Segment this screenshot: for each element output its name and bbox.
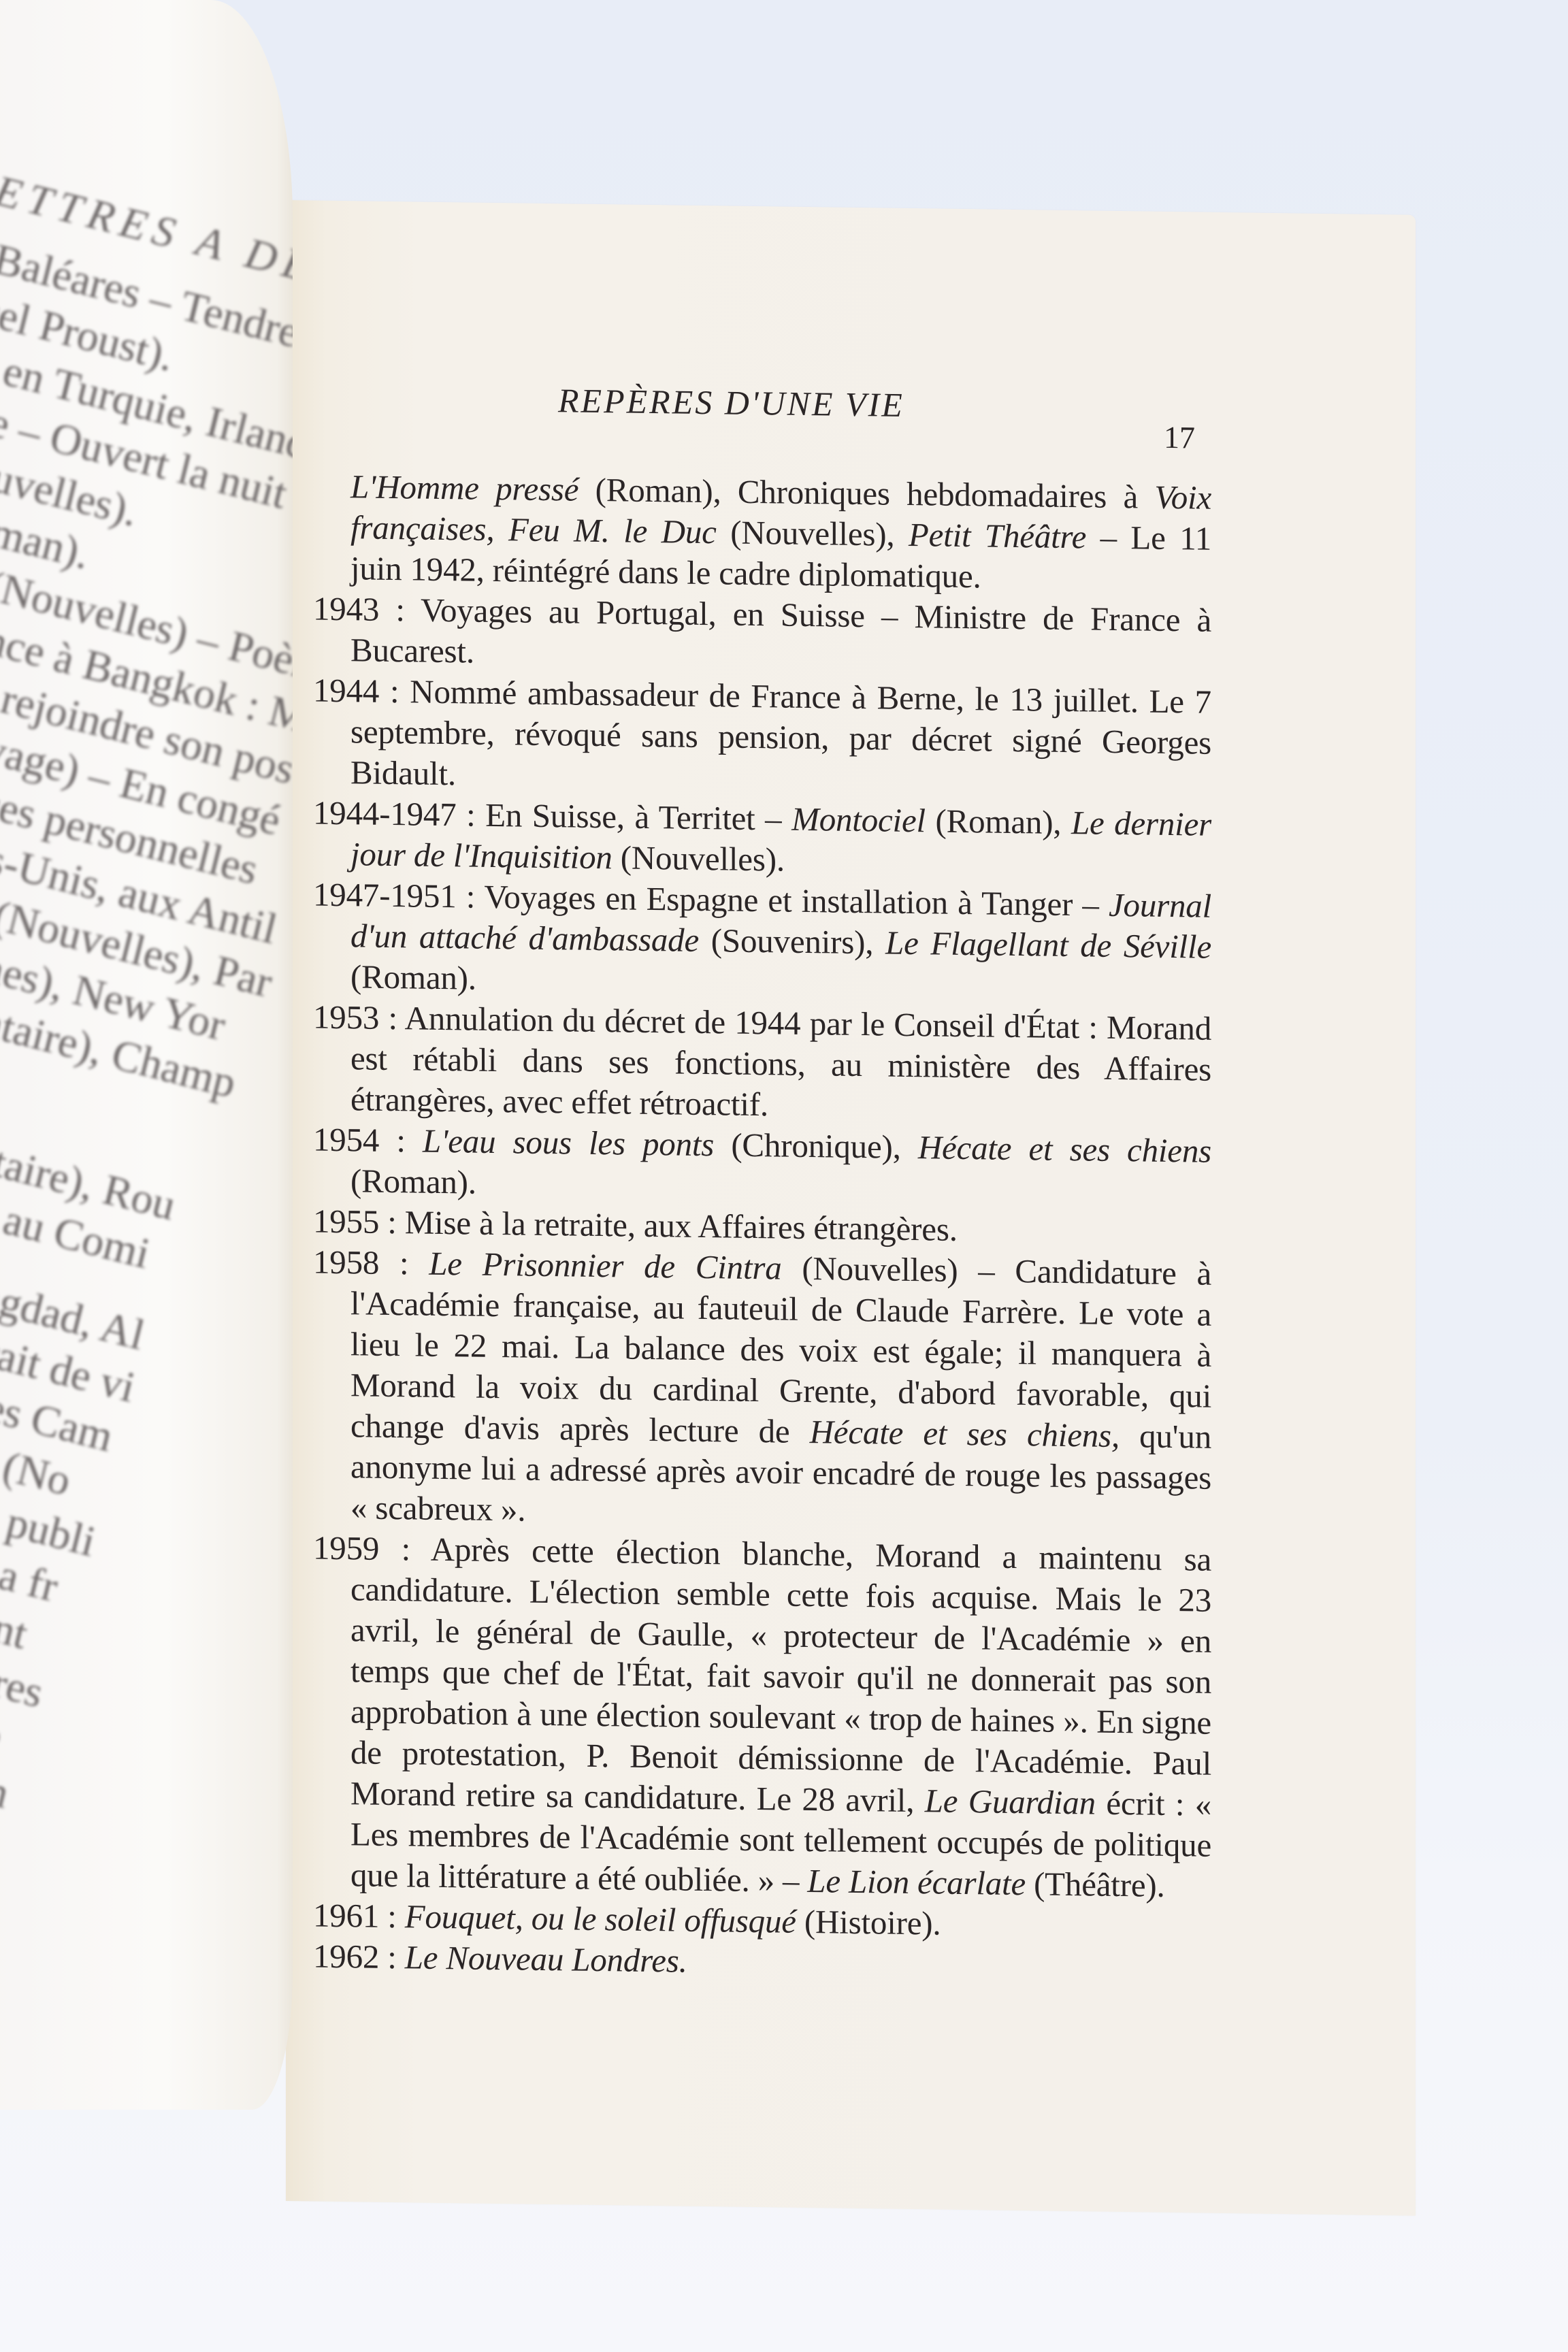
left-page-text: LETTRES A DES AMIS aux Baléares – Tendre… [0,150,293,2110]
entry-text: : Voyages au Portugal, en Suisse – Minis… [350,591,1211,670]
work-title: Hécate et ses chiens [918,1128,1211,1170]
right-page: REPÈRES D'UNE VIE 17 L'Homme pressé (Rom… [286,200,1416,2216]
entry-text: (Roman), [926,802,1071,841]
left-page: LETTRES A DES AMIS aux Baléares – Tendre… [0,0,293,2110]
entry-year: 1961 [313,1897,379,1935]
entry-text: (Histoire). [796,1903,941,1942]
running-head: REPÈRES D'UNE VIE [558,380,904,425]
chronology-entry: 1944-1947 : En Suisse, à Territet – Mont… [313,793,1211,886]
chronology-entry: 1959 : Après cette élection blanche, Mor… [313,1528,1211,1907]
work-title: Hécate et ses chiens, [810,1413,1120,1454]
entry-text: (Nouvelles), [717,513,909,553]
entry-text: : [379,1897,405,1935]
entry-text: (Théâtre). [1026,1865,1165,1904]
work-title: Le Nouveau Londres. [405,1938,687,1979]
entry-text: : [379,1122,423,1160]
entry-text: (Roman), Chroniques hebdomadaires à [578,471,1154,516]
chronology-entry: 1944 : Nommé ambassadeur de France à Ber… [313,670,1211,804]
entry-year: 1943 [313,590,379,628]
entry-year: 1944 [313,672,379,710]
entry-year: 1958 [313,1243,379,1281]
entry-text: : Annulation du décret de 1944 par le Co… [350,999,1211,1123]
work-title: Montociel [791,800,926,840]
work-title: Le Flagellant de Séville [885,924,1211,966]
page-number: 17 [1164,419,1195,456]
entry-year: 1944-1947 [313,794,457,834]
work-title: Le Prisonnier de Cintra [429,1245,781,1287]
chronology-entry: 1954 : L'eau sous les ponts (Chronique),… [313,1120,1211,1213]
entry-text: : Voyages en Espagne et installation à T… [457,877,1109,924]
entry-year: 1947-1951 [313,876,457,915]
entry-text: : Après cette élection blanche, Morand a… [350,1530,1211,1819]
entry-year: 1954 [313,1121,379,1159]
entry-text: : En Suisse, à Territet – [457,796,792,837]
entry-text: (Nouvelles). [612,838,785,878]
chronology-entry: 1958 : Le Prisonnier de Cintra (Nouvelle… [313,1242,1211,1539]
entry-text: (Chronique), [714,1126,918,1166]
work-title: L'eau sous les ponts [423,1122,714,1164]
entry-year: 1962 [313,1938,379,1976]
entry-text: (Roman). [350,958,476,996]
entry-year: 1955 [313,1203,379,1241]
chronology-entry: L'Homme pressé (Roman), Chroniques hebdo… [313,466,1211,600]
work-title: Fouquet, ou le soleil offusqué [405,1897,796,1940]
entry-text: : Mise à la retraite, aux Affaires étran… [379,1203,958,1248]
entry-year: 1953 [313,998,379,1036]
entry-text: : Nommé ambassadeur de France à Berne, l… [350,672,1211,792]
entry-year: 1959 [313,1529,379,1567]
page-content: REPÈRES D'UNE VIE 17 L'Homme pressé (Rom… [286,200,1416,2216]
chronology-entry: 1953 : Annulation du décret de 1944 par … [313,997,1211,1131]
entry-text: (Souvenirs), [699,921,885,962]
work-title: Petit Théâtre [909,516,1086,555]
work-title: Le Guardian [925,1782,1096,1821]
entry-text: (Roman). [350,1162,476,1200]
chronology-entries: L'Homme pressé (Roman), Chroniques hebdo… [313,466,1211,1989]
entry-text: : [379,1244,429,1282]
chronology-entry: 1943 : Voyages au Portugal, en Suisse – … [313,589,1211,682]
entry-text: : [379,1938,405,1976]
work-title: Le Lion écarlate [807,1862,1026,1902]
work-title: L'Homme pressé [350,468,578,508]
chronology-entry: 1947-1951 : Voyages en Espagne et instal… [313,875,1211,1009]
